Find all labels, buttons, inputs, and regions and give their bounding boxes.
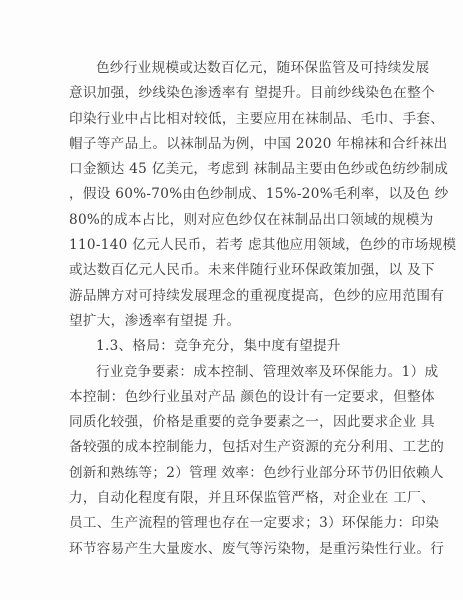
text-line: 口金额达 45 亿美元，考虑到 袜制品主要由色纱或色纺纱制成	[69, 157, 394, 182]
text-line: 备较强的成本控制能力，包括对生产资源的充分利用、工艺的	[69, 435, 394, 460]
text-line: 行业竞争要素：成本控制、管理效率及环保能力。1）成	[69, 360, 394, 385]
text-line: 色纱行业规模或达数百亿元，随环保监管及可持续发展	[69, 56, 394, 81]
document-page: 色纱行业规模或达数百亿元，随环保监管及可持续发展 意识加强，纱线染色渗透率有 望…	[0, 0, 463, 600]
text-line: 同质化较强，价格是重要的竞争要素之一，因此要求企业 具	[69, 410, 394, 435]
paragraph-competition: 行业竞争要素：成本控制、管理效率及环保能力。1）成 本控制：色纱行业虽对产品 颜…	[69, 360, 394, 562]
text-line: 110-140 亿元人民币，若考 虑其他应用领域，色纱的市场规模	[69, 233, 394, 258]
text-line: 望扩大，渗透率有望提 升。	[69, 309, 394, 334]
text-line: 印染行业中占比相对较低，主要应用在袜制品、毛巾、手套、	[69, 107, 394, 132]
text-line: ，假设 60%-70%由色纱制成、15%-20%毛利率，以及色 纱	[69, 182, 394, 207]
paragraph-market-size: 色纱行业规模或达数百亿元，随环保监管及可持续发展 意识加强，纱线染色渗透率有 望…	[69, 56, 394, 334]
text-line: 意识加强，纱线染色渗透率有 望提升。目前纱线染色在整个	[69, 81, 394, 106]
document-body: 色纱行业规模或达数百亿元，随环保监管及可持续发展 意识加强，纱线染色渗透率有 望…	[69, 56, 394, 562]
text-line: 创新和熟练等；2）管理 效率：色纱行业部分环节仍旧依赖人	[69, 461, 394, 486]
text-line: 或达数百亿元人民币。未来伴随行业环保政策加强，以 及下	[69, 258, 394, 283]
text-line: 本控制：色纱行业虽对产品 颜色的设计有一定要求，但整体	[69, 385, 394, 410]
text-line: 员工、生产流程的管理也存在一定要求；3）环保能力：印染	[69, 511, 394, 536]
text-line: 80%的成本占比，则对应色纱仅在袜制品出口领域的规模为	[69, 208, 394, 233]
text-line: 帽子等产品上。以袜制品为例，中国 2020 年棉袜和合纤袜出	[69, 132, 394, 157]
text-line: 力，自动化程度有限，并且环保监管严格，对企业在 工厂、	[69, 486, 394, 511]
section-heading: 1.3、格局：竞争充分，集中度有望提升	[69, 334, 394, 359]
text-line: 游品牌方对可持续发展理念的重视度提高，色纱的应用范围有	[69, 284, 394, 309]
text-line: 环节容易产生大量废水、废气等污染物，是重污染性行业。行	[69, 537, 394, 562]
